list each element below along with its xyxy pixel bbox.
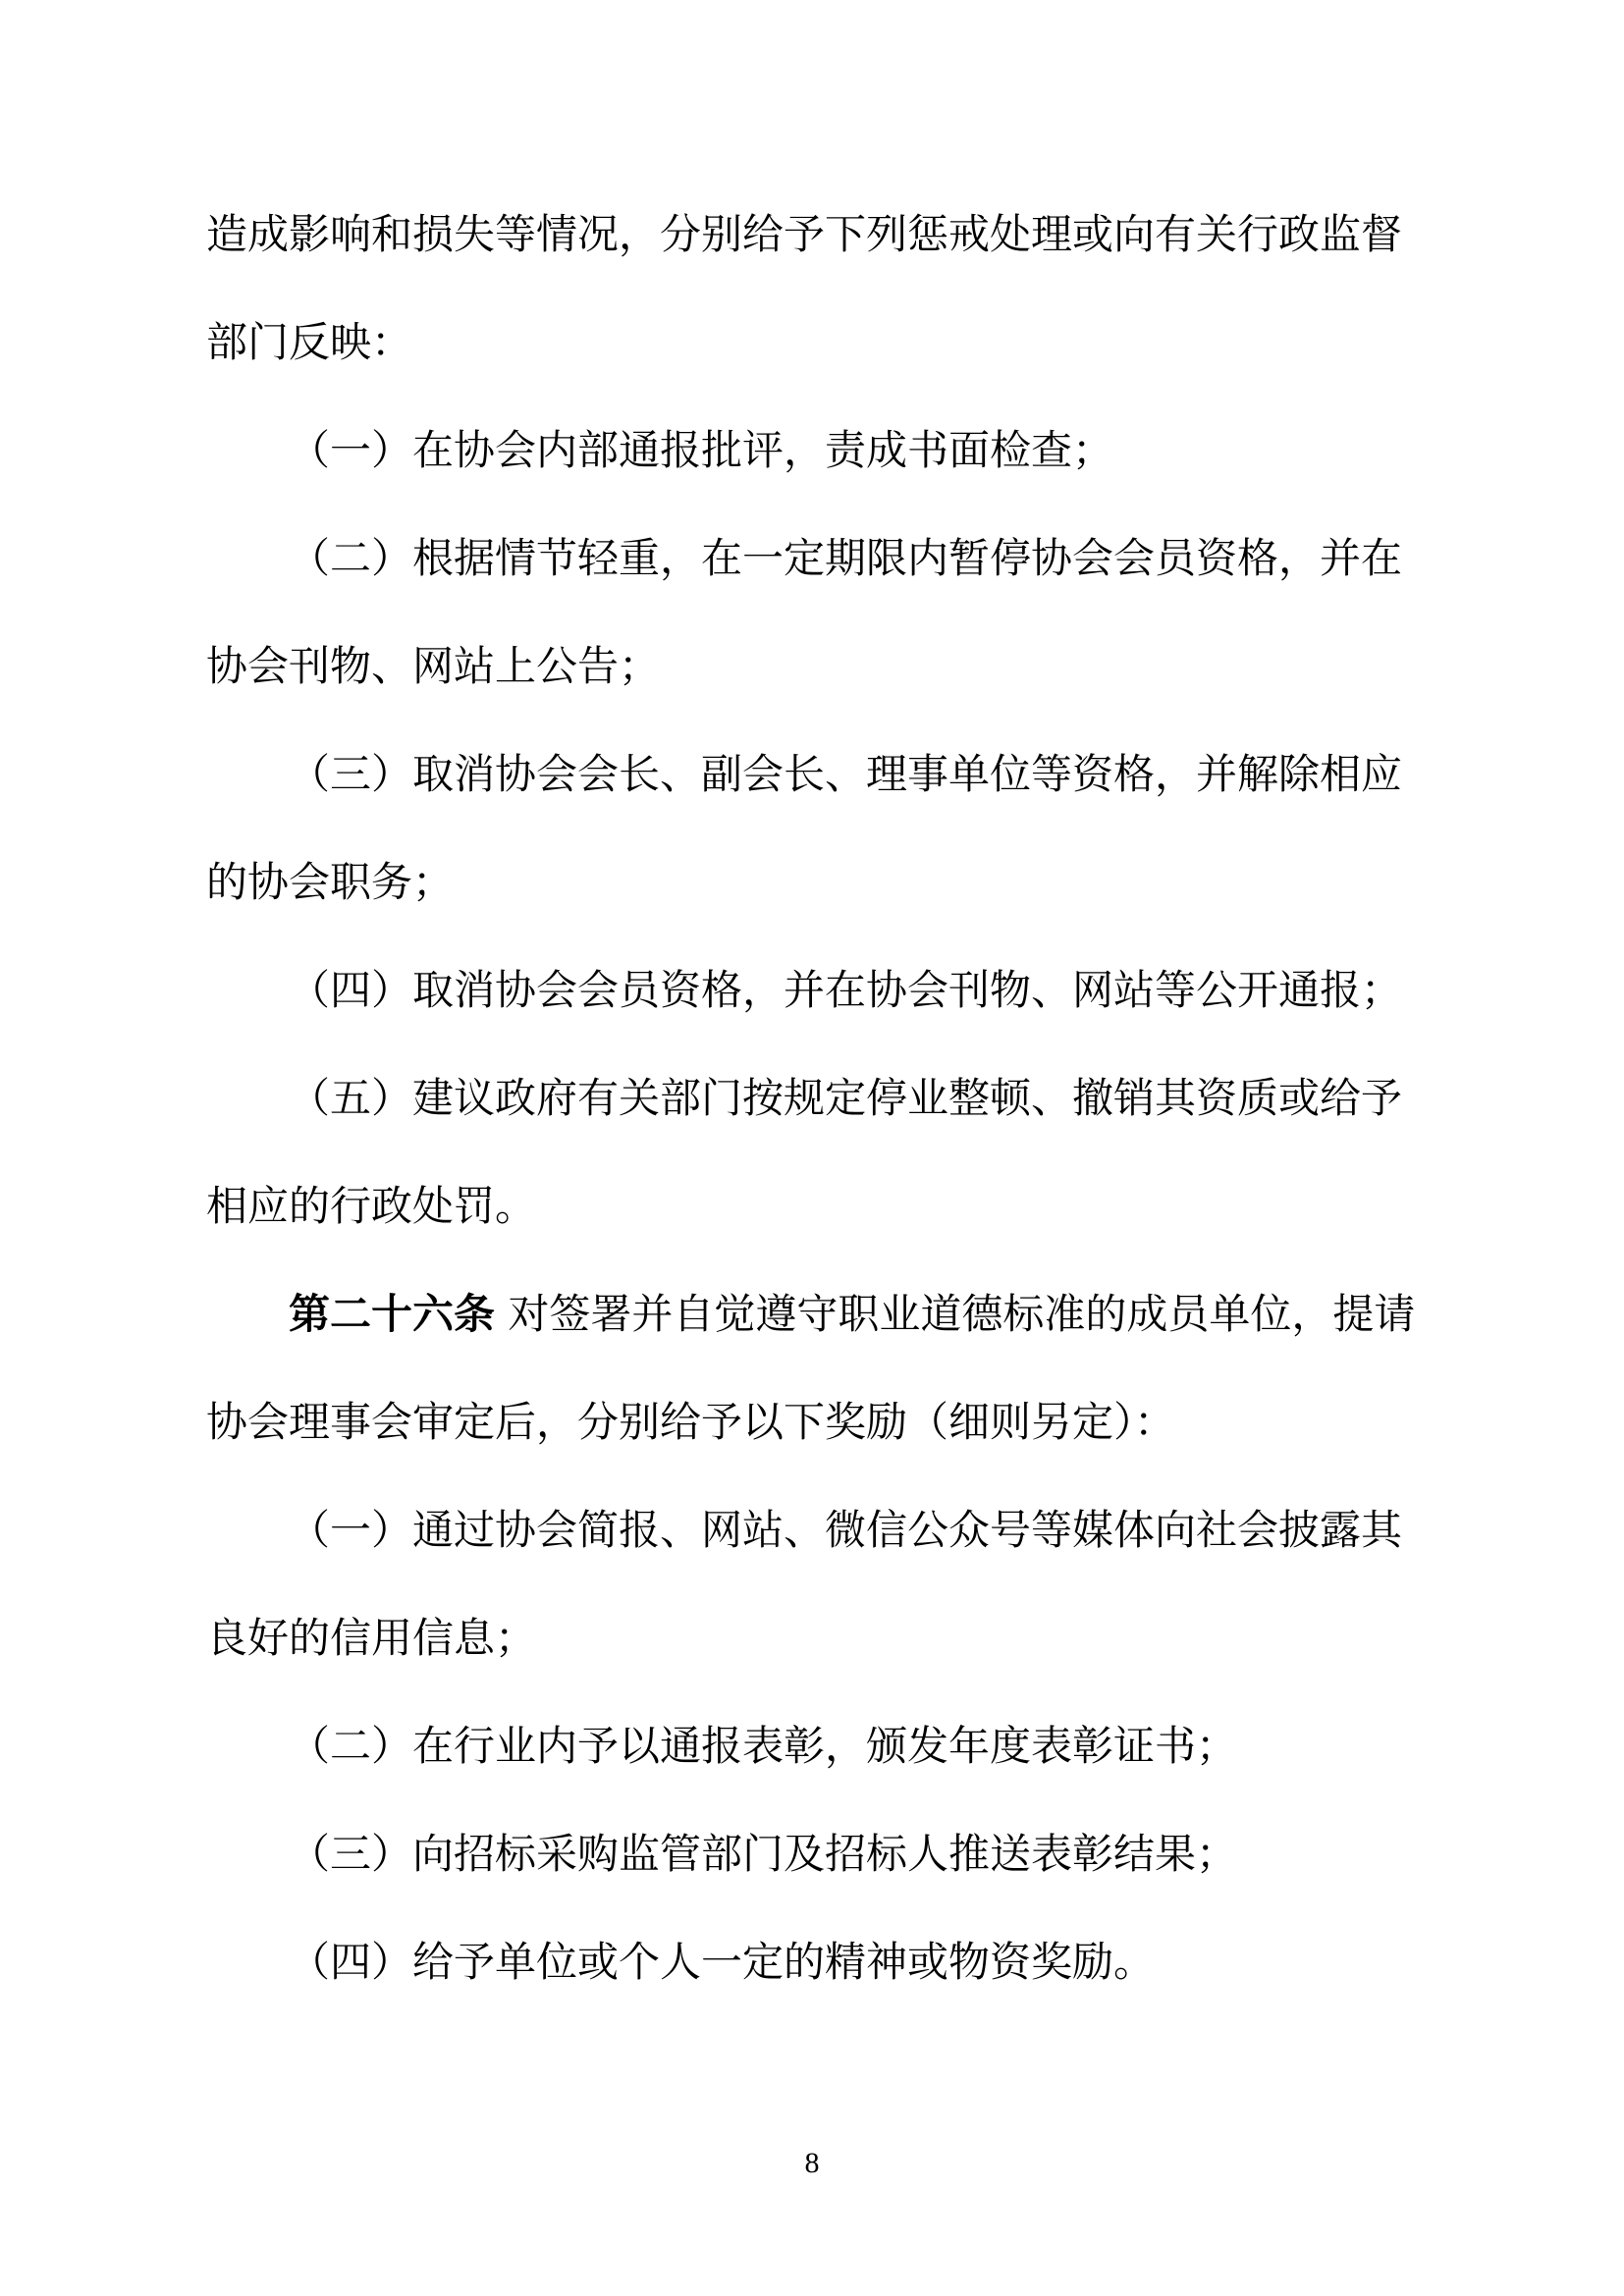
text-segment: 的协会职务； xyxy=(206,858,454,906)
text-line: （一）通过协会简报、网站、微信公众号等媒体向社会披露其 xyxy=(206,1476,1408,1584)
text-segment: （五）建议政府有关部门按规定停业整顿、撤销其资质或给予 xyxy=(289,1074,1402,1122)
text-line: 相应的行政处罚。 xyxy=(206,1152,1408,1260)
text-line: （三）取消协会会长、副会长、理事单位等资格，并解除相应 xyxy=(206,721,1408,828)
text-segment: 对签署并自觉遵守职业道德标准的成员单位，提请 xyxy=(495,1290,1415,1338)
text-line: 部门反映： xyxy=(206,289,1408,397)
text-segment: 良好的信用信息； xyxy=(206,1614,536,1662)
text-line: （四）取消协会会员资格，并在协会刊物、网站等公开通报； xyxy=(206,936,1408,1044)
text-line: 第二十六条 对签署并自觉遵守职业道德标准的成员单位，提请 xyxy=(206,1260,1408,1368)
text-segment: （三）向招标采购监管部门及招标人推送表彰结果； xyxy=(289,1830,1237,1878)
document-page: 造成影响和损失等情况，分别给予下列惩戒处理或向有关行政监督部门反映：（一）在协会… xyxy=(0,0,1624,2296)
document-body: 造成影响和损失等情况，分别给予下列惩戒处理或向有关行政监督部门反映：（一）在协会… xyxy=(206,181,1408,2016)
text-segment: （二）在行业内予以通报表彰，颁发年度表彰证书； xyxy=(289,1722,1237,1770)
article-number: 第二十六条 xyxy=(289,1290,495,1338)
text-line: 造成影响和损失等情况，分别给予下列惩戒处理或向有关行政监督 xyxy=(206,181,1408,289)
text-line: 协会刊物、网站上公告； xyxy=(206,613,1408,721)
text-line: （二）在行业内予以通报表彰，颁发年度表彰证书； xyxy=(206,1692,1408,1800)
text-segment: （四）给予单位或个人一定的精神或物资奖励。 xyxy=(289,1938,1155,1986)
text-line: 的协会职务； xyxy=(206,828,1408,936)
text-line: 良好的信用信息； xyxy=(206,1584,1408,1692)
page-number: 8 xyxy=(0,2146,1624,2181)
text-segment: （三）取消协会会长、副会长、理事单位等资格，并解除相应 xyxy=(289,750,1402,798)
text-segment: 部门反映： xyxy=(206,318,412,366)
text-segment: （四）取消协会会员资格，并在协会刊物、网站等公开通报； xyxy=(289,966,1402,1014)
text-line: （五）建议政府有关部门按规定停业整顿、撤销其资质或给予 xyxy=(206,1044,1408,1152)
text-segment: 相应的行政处罚。 xyxy=(206,1182,536,1230)
text-line: 协会理事会审定后，分别给予以下奖励（细则另定）： xyxy=(206,1368,1408,1476)
text-segment: （一）在协会内部通报批评，责成书面检查； xyxy=(289,426,1113,474)
text-segment: 协会刊物、网站上公告； xyxy=(206,642,660,690)
text-line: （二）根据情节轻重，在一定期限内暂停协会会员资格，并在 xyxy=(206,505,1408,613)
text-line: （四）给予单位或个人一定的精神或物资奖励。 xyxy=(206,1908,1408,2016)
text-segment: （二）根据情节轻重，在一定期限内暂停协会会员资格，并在 xyxy=(289,534,1402,582)
text-line: （一）在协会内部通报批评，责成书面检查； xyxy=(206,397,1408,505)
text-segment: （一）通过协会简报、网站、微信公众号等媒体向社会披露其 xyxy=(289,1506,1402,1554)
text-segment: 造成影响和损失等情况，分别给予下列惩戒处理或向有关行政监督 xyxy=(206,210,1402,258)
text-line: （三）向招标采购监管部门及招标人推送表彰结果； xyxy=(206,1800,1408,1908)
text-segment: 协会理事会审定后，分别给予以下奖励（细则另定）： xyxy=(206,1398,1175,1446)
